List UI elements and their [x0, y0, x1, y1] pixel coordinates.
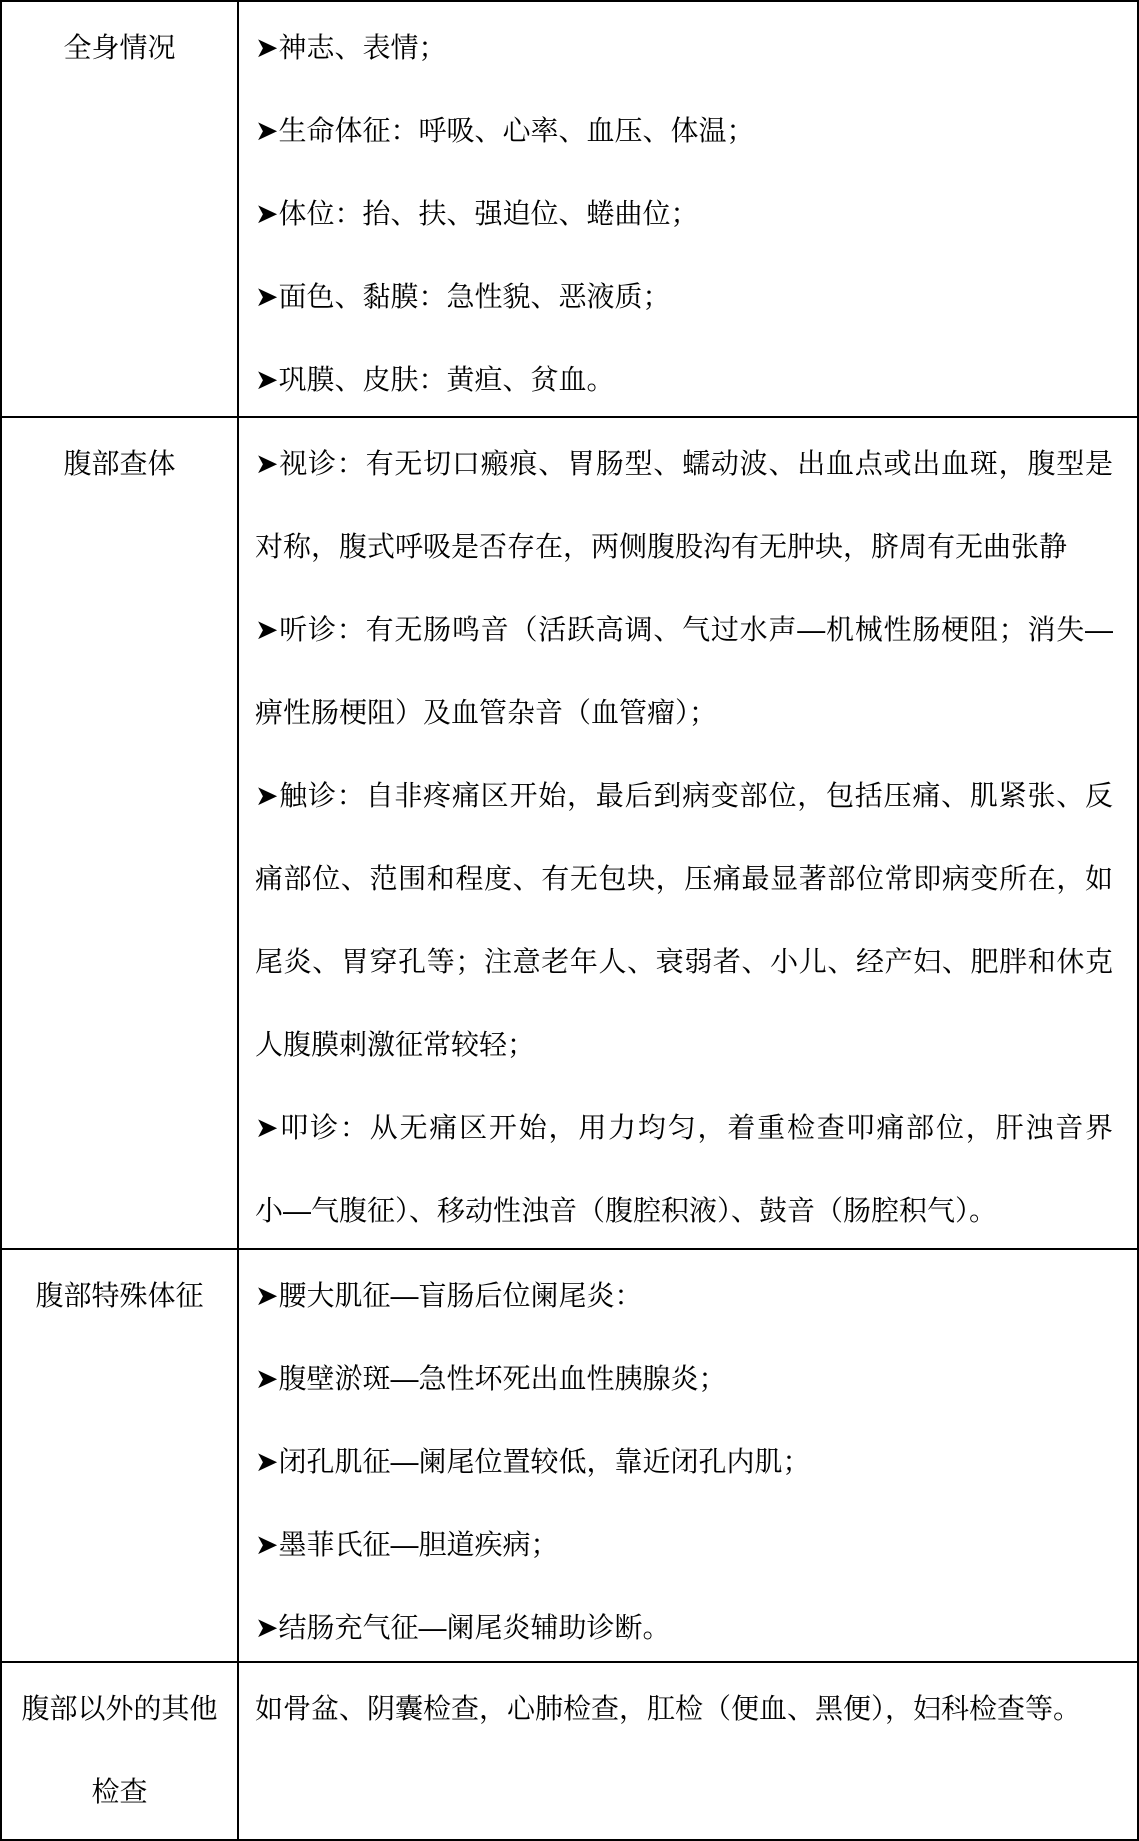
row-header-cell: 腹部查体: [2, 418, 239, 1250]
exam-table: 全身情况➤神志、表情；➤生命体征：呼吸、心率、血压、体温；➤体位：抬、扶、强迫位…: [0, 0, 1139, 1841]
content-line: ➤巩膜、皮肤：黄疸、贫血。: [255, 338, 1113, 418]
content-line: ➤视诊：有无切口瘢痕、胃肠型、蠕动波、出血点或出血斑，腹型是否: [255, 422, 1113, 505]
content-line: ➤腰大肌征—盲肠后位阑尾炎：: [255, 1254, 1113, 1337]
row-header-text: 检查: [2, 1750, 237, 1833]
row-header-text: 全身情况: [2, 6, 237, 89]
row-content-cell: ➤神志、表情；➤生命体征：呼吸、心率、血压、体温；➤体位：抬、扶、强迫位、蜷曲位…: [239, 2, 1137, 418]
content-line: ➤神志、表情；: [255, 6, 1113, 89]
content-line: ➤腹壁淤斑—急性坏死出血性胰腺炎；: [255, 1337, 1113, 1420]
content-line: 痛部位、范围和程度、有无包块，压痛最显著部位常即病变所在，如阑: [255, 837, 1113, 920]
content-line: 尾炎、胃穿孔等；注意老年人、衰弱者、小儿、经产妇、肥胖和休克病: [255, 920, 1113, 1003]
content-line: 小—气腹征）、移动性浊音（腹腔积液）、鼓音（肠腔积气）。: [255, 1169, 1113, 1250]
content-line: ➤结肠充气征—阑尾炎辅助诊断。: [255, 1586, 1113, 1663]
content-line: 痹性肠梗阻）及血管杂音（血管瘤）；: [255, 671, 1113, 754]
content-line: 如骨盆、阴囊检查，心肺检查，肛检（便血、黑便），妇科检查等。: [255, 1667, 1113, 1750]
content-line: ➤生命体征：呼吸、心率、血压、体温；: [255, 89, 1113, 172]
row-content-cell: 如骨盆、阴囊检查，心肺检查，肛检（便血、黑便），妇科检查等。: [239, 1663, 1137, 1839]
row-header-text: 腹部以外的其他: [2, 1667, 237, 1750]
content-line: ➤墨菲氏征—胆道疾病；: [255, 1503, 1113, 1586]
row-header-cell: 腹部特殊体征: [2, 1250, 239, 1663]
content-line: 人腹膜刺激征常较轻；: [255, 1003, 1113, 1086]
row-header-cell: 全身情况: [2, 2, 239, 418]
content-line: 对称，腹式呼吸是否存在，两侧腹股沟有无肿块，脐周有无曲张静脉；: [255, 505, 1113, 588]
content-line: ➤体位：抬、扶、强迫位、蜷曲位；: [255, 172, 1113, 255]
row-header-text: 腹部查体: [2, 422, 237, 505]
content-line: ➤闭孔肌征—阑尾位置较低，靠近闭孔内肌；: [255, 1420, 1113, 1503]
row-header-text: 腹部特殊体征: [2, 1254, 237, 1337]
content-line: ➤听诊：有无肠鸣音（活跃高调、气过水声—机械性肠梗阻；消失—麻: [255, 588, 1113, 671]
row-header-cell: 腹部以外的其他检查: [2, 1663, 239, 1839]
content-line: ➤面色、黏膜：急性貌、恶液质；: [255, 255, 1113, 338]
content-line: ➤叩诊：从无痛区开始，用力均匀，着重检查叩痛部位，肝浊音界（缩: [255, 1086, 1113, 1169]
row-content-cell: ➤视诊：有无切口瘢痕、胃肠型、蠕动波、出血点或出血斑，腹型是否对称，腹式呼吸是否…: [239, 418, 1137, 1250]
content-line: ➤触诊：自非疼痛区开始，最后到病变部位，包括压痛、肌紧张、反跳: [255, 754, 1113, 837]
row-content-cell: ➤腰大肌征—盲肠后位阑尾炎：➤腹壁淤斑—急性坏死出血性胰腺炎；➤闭孔肌征—阑尾位…: [239, 1250, 1137, 1663]
